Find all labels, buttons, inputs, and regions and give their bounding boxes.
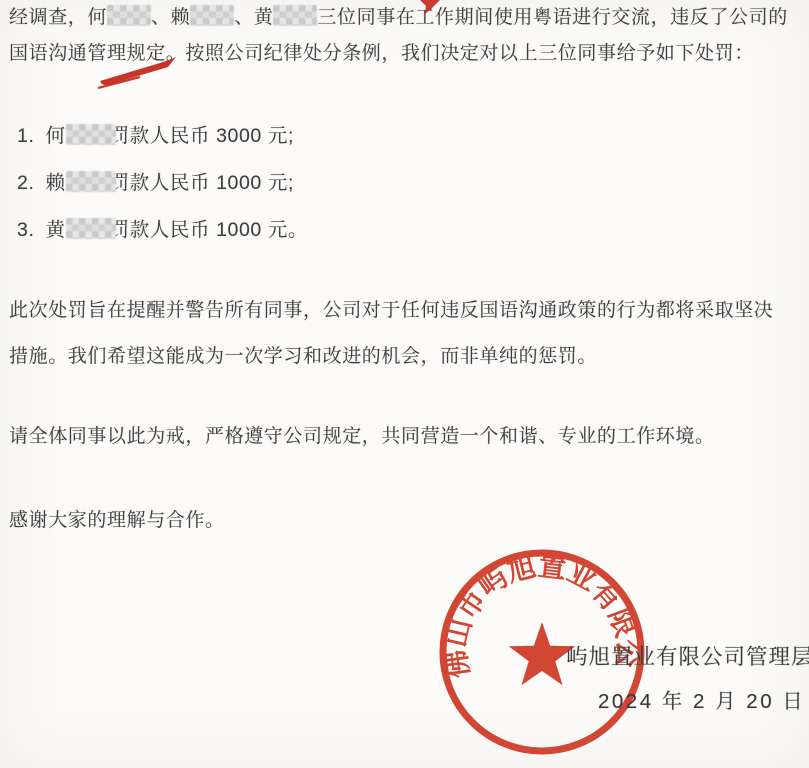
warning-paragraph-line-2: 措施。我们希望这能成为一次学习和改进的机会，而非单纯的惩罚。 xyxy=(9,346,597,369)
penalty-1-surname: 何 xyxy=(45,125,65,147)
redacted-name-1 xyxy=(107,5,151,26)
intro-seg4: 三位同事在工作期间使用粤语进行交流，违反了公司的 xyxy=(317,7,787,28)
signature-line: 屿旭置业有限公司管理层 xyxy=(566,640,809,671)
document-page: 经调查，何、赖、黄三位同事在工作期间使用粤语进行交流，违反了公司的 国语沟通管理… xyxy=(0,0,809,768)
redacted-name-4 xyxy=(66,124,116,145)
appeal-paragraph: 请全体同事以此为戒，严格遵守公司规定，共同营造一个和谐、专业的工作环境。 xyxy=(9,426,715,449)
redacted-name-5 xyxy=(66,171,116,192)
warning-paragraph-line-1: 此次处罚旨在提醒并警告所有同事，公司对于任何违反国语沟通政策的行为都将采取坚决 xyxy=(9,300,773,323)
thanks-paragraph: 感谢大家的理解与合作。 xyxy=(9,510,225,533)
intro-seg1: 经调查，何 xyxy=(9,7,107,28)
penalty-2-surname: 赖 xyxy=(45,172,65,194)
redacted-name-2 xyxy=(190,5,234,26)
intro-seg2: 、赖 xyxy=(151,7,190,28)
penalty-2-number: 2. xyxy=(17,172,34,195)
penalty-1-number: 1. xyxy=(17,125,34,148)
intro-seg3: 、黄 xyxy=(234,7,273,28)
penalty-item-2: 2.赖罚款人民币 1000 元; xyxy=(17,171,294,195)
penalty-3-number: 3. xyxy=(17,219,34,242)
date-line: 2024 年 2 月 20 日 xyxy=(598,684,805,714)
penalty-item-3: 3.黄罚款人民币 1000 元。 xyxy=(17,218,308,242)
penalty-3-surname: 黄 xyxy=(45,219,65,241)
red-underline-swoosh xyxy=(96,56,186,90)
redacted-name-6 xyxy=(66,218,116,239)
penalty-1-text: 罚款人民币 3000 元; xyxy=(110,125,294,147)
intro-line-1: 经调查，何、赖、黄三位同事在工作期间使用粤语进行交流，违反了公司的 xyxy=(9,5,788,30)
penalty-item-1: 1.何罚款人民币 3000 元; xyxy=(17,124,294,148)
redacted-name-3 xyxy=(273,5,317,26)
penalty-2-text: 罚款人民币 1000 元; xyxy=(110,172,294,194)
red-pen-tick-mark xyxy=(414,0,448,15)
penalty-3-text: 罚款人民币 1000 元。 xyxy=(110,219,309,241)
